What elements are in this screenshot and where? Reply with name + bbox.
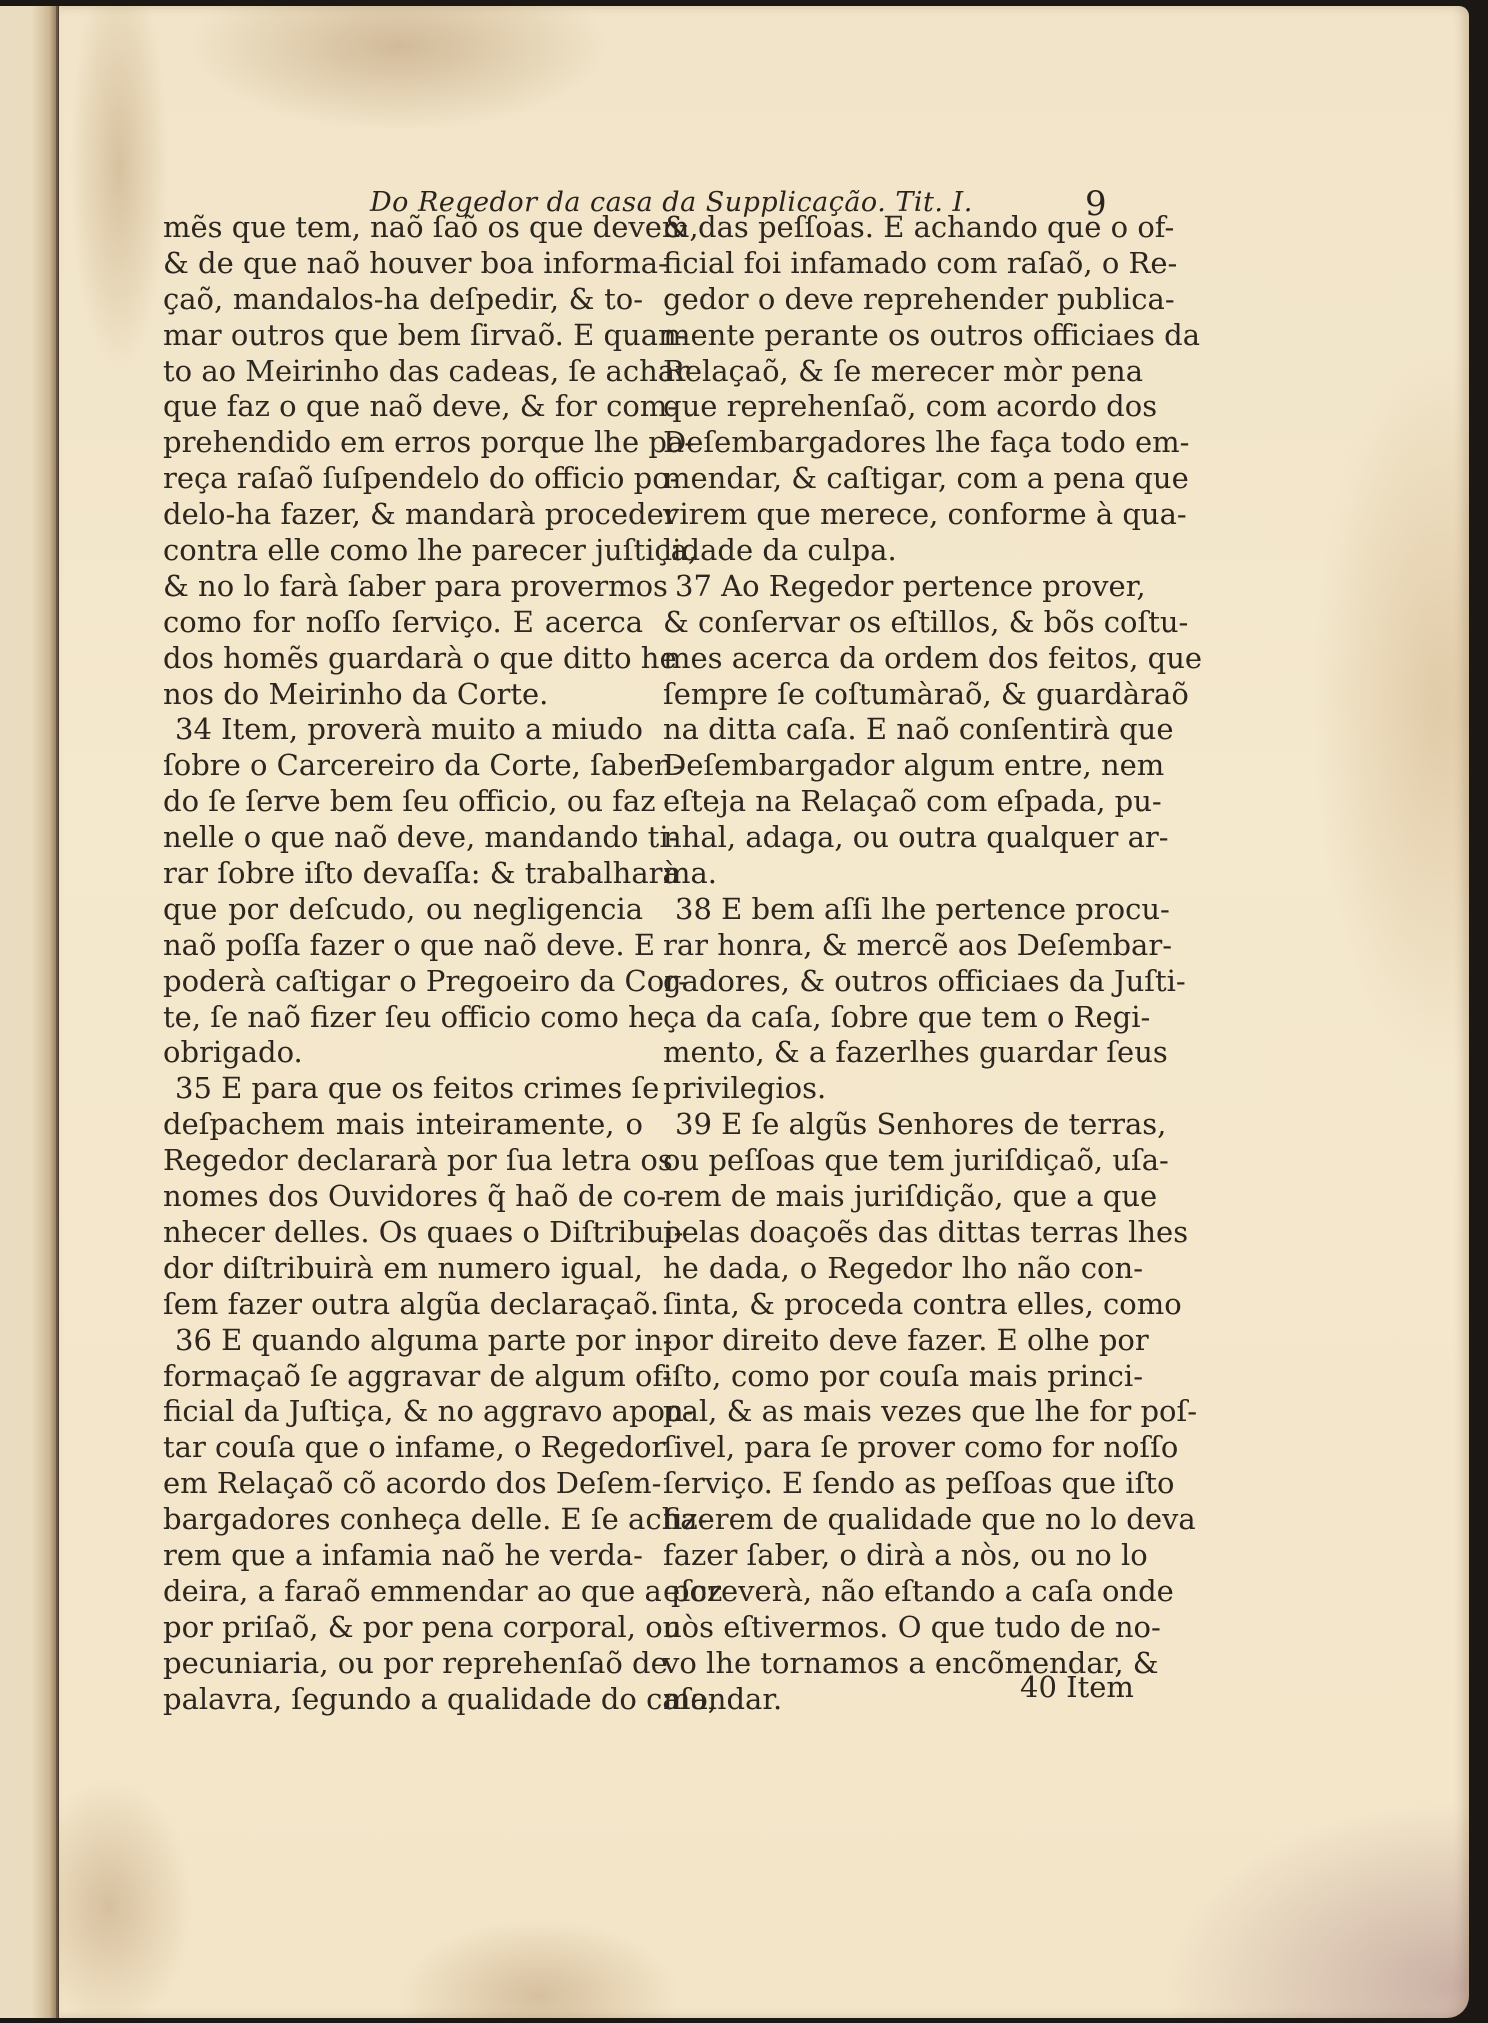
text-line: mes acerca da ordem dos feitos, que [663, 641, 1143, 677]
text-line: palavra, ſegundo a qualidade do caſo, [163, 1682, 643, 1718]
text-line: obrigado. [163, 1035, 643, 1071]
text-line: poderà caſtigar o Pregoeiro da Cor- [163, 964, 643, 1000]
text-line: & conſervar os eſtillos, & bõs coſtu- [663, 605, 1143, 641]
text-line: em Relaçaõ cõ acordo dos Deſem- [163, 1466, 643, 1502]
text-line: Relaçaõ, & ſe merecer mòr pena [663, 354, 1143, 390]
text-line: virem que merece, conforme à qua- [663, 497, 1143, 533]
text-line: nhecer delles. Os quaes o Diſtribui- [163, 1215, 643, 1251]
text-line: formaçaõ ſe aggravar de algum of- [163, 1359, 643, 1395]
text-line: & no lo farà ſaber para provermos [163, 569, 643, 605]
text-line: Deſembargadores lhe faça todo em- [663, 425, 1143, 461]
text-line: lidade da culpa. [663, 533, 1143, 569]
text-line: rem de mais juriſdição, que a que [663, 1179, 1143, 1215]
text-line: Deſembargador algum entre, nem [663, 748, 1143, 784]
text-line: nhal, adaga, ou outra qualquer ar- [663, 820, 1143, 856]
text-column-left: mẽs que tem, naõ ſaõ os que devem,& de q… [163, 210, 643, 1717]
text-line: ma. [663, 856, 1143, 892]
text-line: pal, & as mais vezes que lhe for poſ- [663, 1394, 1143, 1430]
text-line: iſto, como por couſa mais princi- [663, 1359, 1143, 1395]
text-line: rem que a infamia naõ he verda- [163, 1538, 643, 1574]
text-line: como for noſſo ſerviço. E acerca [163, 605, 643, 641]
text-line: nòs eſtivermos. O que tudo de no- [663, 1610, 1143, 1646]
text-line: ſivel, para ſe prover como for noſſo [663, 1430, 1143, 1466]
text-line: eſteja na Relaçaõ com eſpada, pu- [663, 784, 1143, 820]
text-line: & de que naõ houver boa informa- [163, 246, 643, 282]
text-line: mente perante os outros officiaes da [663, 318, 1143, 354]
paragraph-start-line: 39 E ſe algũs Senhores de terras, [663, 1107, 1143, 1143]
text-line: que faz o que naõ deve, & for com- [163, 389, 643, 425]
text-line: ſerviço. E ſendo as peſſoas que iſto [663, 1466, 1143, 1502]
text-line: he dada, o Regedor lho não con- [663, 1251, 1143, 1287]
text-line: nelle o que naõ deve, mandando ti- [163, 820, 643, 856]
paragraph-start-line: 38 E bem aſſi lhe pertence procu- [663, 892, 1143, 928]
text-line: dor diſtribuirà em numero igual, [163, 1251, 643, 1287]
text-line: rar honra, & mercẽ aos Deſembar- [663, 928, 1143, 964]
text-line: gedor o deve reprehender publica- [663, 282, 1143, 318]
text-line: mar outros que bem ſirvaõ. E quan- [163, 318, 643, 354]
text-line: deſpachem mais inteiramente, o [163, 1107, 643, 1143]
text-line: deira, a faraõ emmendar ao que a poz [163, 1574, 643, 1610]
text-line: mẽs que tem, naõ ſaõ os que devem, [163, 210, 643, 246]
text-line: gadores, & outros officiaes da Juſti- [663, 964, 1143, 1000]
text-line: fizerem de qualidade que no lo deva [663, 1502, 1143, 1538]
text-line: nomes dos Ouvidores q̃ haõ de co- [163, 1179, 643, 1215]
text-line: naõ poſſa fazer o que naõ deve. E [163, 928, 643, 964]
text-line: fazer ſaber, o dirà a nòs, ou no lo [663, 1538, 1143, 1574]
text-line: çaõ, mandalos-ha deſpedir, & to- [163, 282, 643, 318]
text-line: ſempre ſe coſtumàraõ, & guardàraõ [663, 677, 1143, 713]
text-line: dos homẽs guardarà o que ditto he [163, 641, 643, 677]
text-line: ficial foi infamado com raſaõ, o Re- [663, 246, 1143, 282]
text-line: que por deſcudo, ou negligencia [163, 892, 643, 928]
text-line: mendar, & caſtigar, com a pena que [663, 461, 1143, 497]
text-line: pecuniaria, ou por reprehenſaõ de [163, 1646, 643, 1682]
text-line: por direito deve fazer. E olhe por [663, 1323, 1143, 1359]
text-line: do ſe ſerve bem ſeu officio, ou faz [163, 784, 643, 820]
text-column-right: & das peſſoas. E achando que o of-ficial… [663, 210, 1143, 1717]
text-line: contra elle como lhe parecer juſtiça, [163, 533, 643, 569]
text-line: te, ſe naõ fizer ſeu officio como he [163, 1000, 643, 1036]
text-line: ficial da Juſtiça, & no aggravo apon- [163, 1394, 643, 1430]
text-line: ſobre o Carcereiro da Corte, ſaben- [163, 748, 643, 784]
text-line: eſcreverà, não eſtando a caſa onde [663, 1574, 1143, 1610]
paragraph-start-line: 37 Ao Regedor pertence prover, [663, 569, 1143, 605]
text-line: que reprehenſaõ, com acordo dos [663, 389, 1143, 425]
text-line: na ditta caſa. E naõ conſentirà que [663, 712, 1143, 748]
catchword: 40 Item [1020, 1670, 1134, 1704]
text-line: mento, & a fazerlhes guardar ſeus [663, 1035, 1143, 1071]
text-line: nos do Meirinho da Corte. [163, 677, 643, 713]
paragraph-start-line: 36 E quando alguma parte por in- [163, 1323, 643, 1359]
text-line: tar couſa que o infame, o Regedor [163, 1430, 643, 1466]
text-line: pelas doaçoẽs das dittas terras lhes [663, 1215, 1143, 1251]
text-line: rar ſobre iſto devaſſa: & trabalharà [163, 856, 643, 892]
text-line: privilegios. [663, 1071, 1143, 1107]
previous-page-edge [0, 6, 58, 2018]
paragraph-start-line: 34 Item, proverà muito a miudo [163, 712, 643, 748]
text-line: ou peſſoas que tem juriſdiçaõ, uſa- [663, 1143, 1143, 1179]
paragraph-start-line: 35 E para que os feitos crimes ſe [163, 1071, 643, 1107]
text-line: reça raſaõ ſuſpendelo do officio po- [163, 461, 643, 497]
text-line: ſinta, & proceda contra elles, como [663, 1287, 1143, 1323]
text-line: bargadores conheça delle. E ſe acha- [163, 1502, 643, 1538]
text-line: prehendido em erros porque lhe pa- [163, 425, 643, 461]
text-line: to ao Meirinho das cadeas, ſe achar [163, 354, 643, 390]
text-line: por priſaõ, & por pena corporal, ou [163, 1610, 643, 1646]
text-line: & das peſſoas. E achando que o of- [663, 210, 1143, 246]
text-line: Regedor declararà por ſua letra os [163, 1143, 643, 1179]
text-line: ça da caſa, ſobre que tem o Regi- [663, 1000, 1143, 1036]
text-line: ſem fazer outra algũa declaraçaõ. [163, 1287, 643, 1323]
text-line: delo-ha fazer, & mandarà proceder [163, 497, 643, 533]
